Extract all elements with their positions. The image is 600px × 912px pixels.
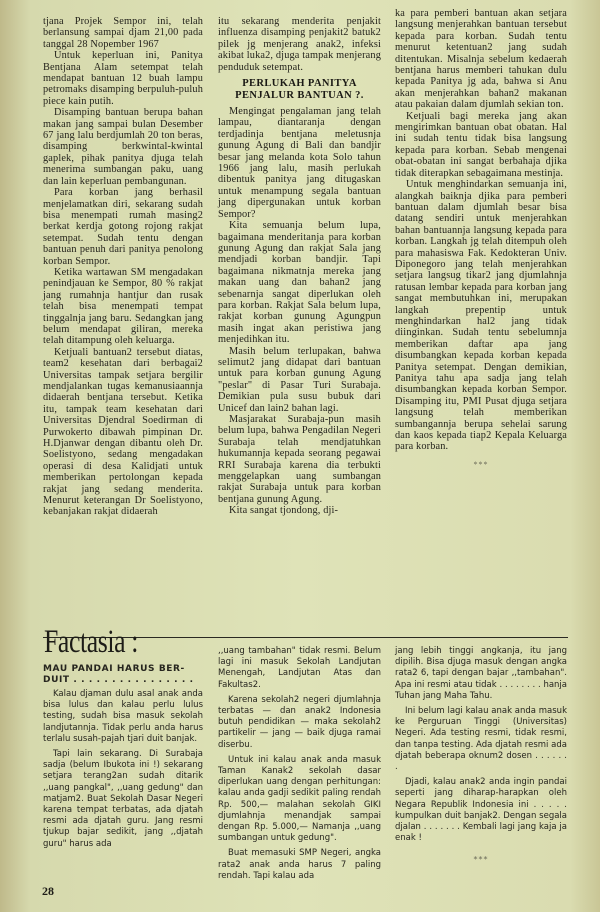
end-mark: *** xyxy=(395,459,567,470)
paragraph: Untuk menghindarkan semuanja ini, alangk… xyxy=(395,179,567,453)
paragraph: Ketjuali bagi mereka jang akan mengirimk… xyxy=(395,111,567,179)
paragraph: Masih belum terlupakan, bahwa selimut2 j… xyxy=(218,346,381,414)
factasia-logo: Factasia : xyxy=(44,622,138,662)
article-column-2: itu sekarang menderita penjakit influenz… xyxy=(218,16,381,517)
paragraph: itu sekarang menderita penjakit influenz… xyxy=(218,16,381,73)
paragraph: Untuk ini kalau anak anda masuk Taman Ka… xyxy=(218,755,381,845)
paragraph: Disamping bantuan berupa bahan makan jan… xyxy=(43,107,203,187)
paragraph: Ketika wartawan SM mengadakan penindjaua… xyxy=(43,267,203,347)
paragraph: ka para pemberi bantuan akan setjara lan… xyxy=(395,8,567,111)
paragraph: Tapi lain sekarang. Di Surabaja sadja (b… xyxy=(43,749,203,850)
page-number: 28 xyxy=(42,884,54,899)
factasia-column-3: jang lebih tinggi angkanja, itu jang dip… xyxy=(395,646,567,866)
end-mark: *** xyxy=(395,854,567,865)
paragraph: Untuk keperluan ini, Panitya Bentjana Al… xyxy=(43,50,203,107)
paragraph: Para korban jang berhasil menjelamatkan … xyxy=(43,187,203,267)
factasia-column-2: ,,uang tambahan" tidak resmi. Belum lagi… xyxy=(218,646,381,886)
paragraph: Mengingat pengalaman jang telah lampau, … xyxy=(218,106,381,220)
magazine-page: tjana Projek Sempor ini, telah berlansun… xyxy=(0,0,600,912)
paragraph: Kita semuanja belum lupa, bagaimana mend… xyxy=(218,220,381,345)
section-heading: PERLUKAH PANITYA PENJALUR BANTUAN ?. xyxy=(218,78,381,102)
paragraph: ,,uang tambahan" tidak resmi. Belum lagi… xyxy=(218,646,381,691)
paragraph: Kita sangat tjondong, dji- xyxy=(218,505,381,516)
paragraph: Kalau djaman dulu asal anak anda bisa lu… xyxy=(43,689,203,745)
paragraph: Masjarakat Surabaja-pun masih belum lupa… xyxy=(218,414,381,505)
factasia-column-1: MAU PANDAI HARUS BER-DUIT . . . . . . . … xyxy=(43,664,203,854)
article-column-1: tjana Projek Sempor ini, telah berlansun… xyxy=(43,16,203,518)
factasia-heading: MAU PANDAI HARUS BER-DUIT . . . . . . . … xyxy=(43,664,203,686)
paragraph: tjana Projek Sempor ini, telah berlansun… xyxy=(43,16,203,50)
paragraph: Djadi, kalau anak2 anda ingin pandai sep… xyxy=(395,777,567,844)
paragraph: Ketjuali bantuan2 tersebut diatas, team2… xyxy=(43,347,203,518)
paragraph: Ini belum lagi kalau anak anda masuk ke … xyxy=(395,706,567,773)
paragraph: Karena sekolah2 negeri djumlahnja terbat… xyxy=(218,695,381,751)
article-column-3: ka para pemberi bantuan akan setjara lan… xyxy=(395,8,567,470)
paragraph: jang lebih tinggi angkanja, itu jang dip… xyxy=(395,646,567,702)
paragraph: Buat memasuki SMP Negeri, angka rata2 an… xyxy=(218,848,381,882)
